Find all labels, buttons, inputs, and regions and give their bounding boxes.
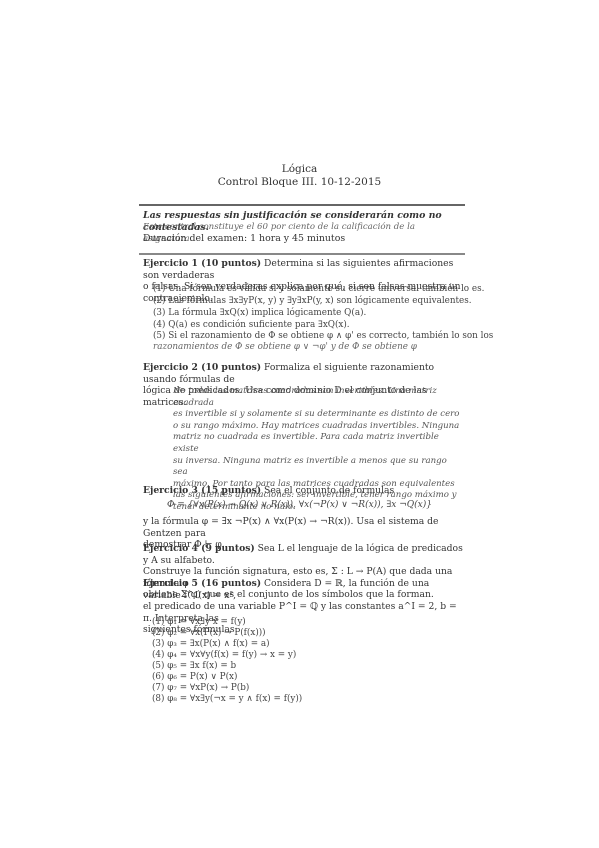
ex5-item-1: (1) φ₁ = ∀x∃y x = f(y)	[152, 617, 246, 628]
exam-page: Lógica Control Bloque III. 10-12-2015 La…	[0, 0, 599, 848]
exercise-5-heading: Ejercicio 5 (16 puntos)	[143, 578, 261, 589]
ex5-item-7: (7) φ₇ = ∀xP(x) → P(b)	[152, 683, 249, 694]
exercise-4-heading: Ejercicio 4 (9 puntos)	[143, 543, 255, 554]
ex5-item-3: (3) φ₃ = ∃x(P(x) ∧ f(x) = a)	[152, 639, 270, 650]
ex1-item-2: (2) Las fórmulas ∃x∃yP(x, y) y ∃y∃xP(y, …	[153, 296, 472, 307]
ex5-item-5: (5) φ₅ = ∃x f(x) = b	[152, 661, 236, 672]
ex5-item-4: (4) φ₄ = ∀x∀y(f(x) = f(y) → x = y)	[152, 650, 296, 661]
top-rule	[139, 204, 465, 206]
ex1-item-5: (5) Si el razonamiento de Φ se obtiene φ…	[153, 331, 493, 342]
ex1-item-5-cont: razonamientos de Φ se obtiene φ ∨ ¬φ' y …	[153, 342, 417, 353]
ex5-item-8: (8) φ₈ = ∀x∃y(¬x = y ∧ f(x) = f(y))	[152, 694, 302, 705]
ex5-item-2: (2) φ₂ = ∀x(P(x) → P(f(x)))	[152, 628, 266, 639]
exercise-3-formula-set: Φ = {∀x(P(x) → Q(x) ∨ R(x)), ∀x(¬P(x) ∨ …	[0, 500, 599, 510]
exercise-1-heading: Ejercicio 1 (10 puntos)	[143, 258, 261, 269]
ex1-item-4: (4) Q(a) es condición suficiente para ∃x…	[153, 320, 350, 331]
ex1-item-3: (3) La fórmula ∃xQ(x) implica lógicament…	[153, 308, 366, 319]
course-title: Lógica	[0, 163, 599, 175]
exercise-3: Ejercicio 3 (15 puntos) Sea el conjunto …	[143, 485, 465, 497]
ex1-item-1: (1) Una fórmula es válida si y solamente…	[153, 284, 484, 295]
exercise-2-heading: Ejercicio 2 (10 puntos)	[143, 362, 261, 373]
middle-rule	[139, 253, 465, 255]
exercise-3-heading: Ejercicio 3 (15 puntos)	[143, 485, 261, 496]
ex5-item-6: (6) φ₆ = P(x) ∨ P(x)	[152, 672, 237, 683]
instruction-duration: Duración del examen: 1 hora y 45 minutos	[143, 233, 465, 245]
exam-title: Control Bloque III. 10-12-2015	[0, 176, 599, 188]
